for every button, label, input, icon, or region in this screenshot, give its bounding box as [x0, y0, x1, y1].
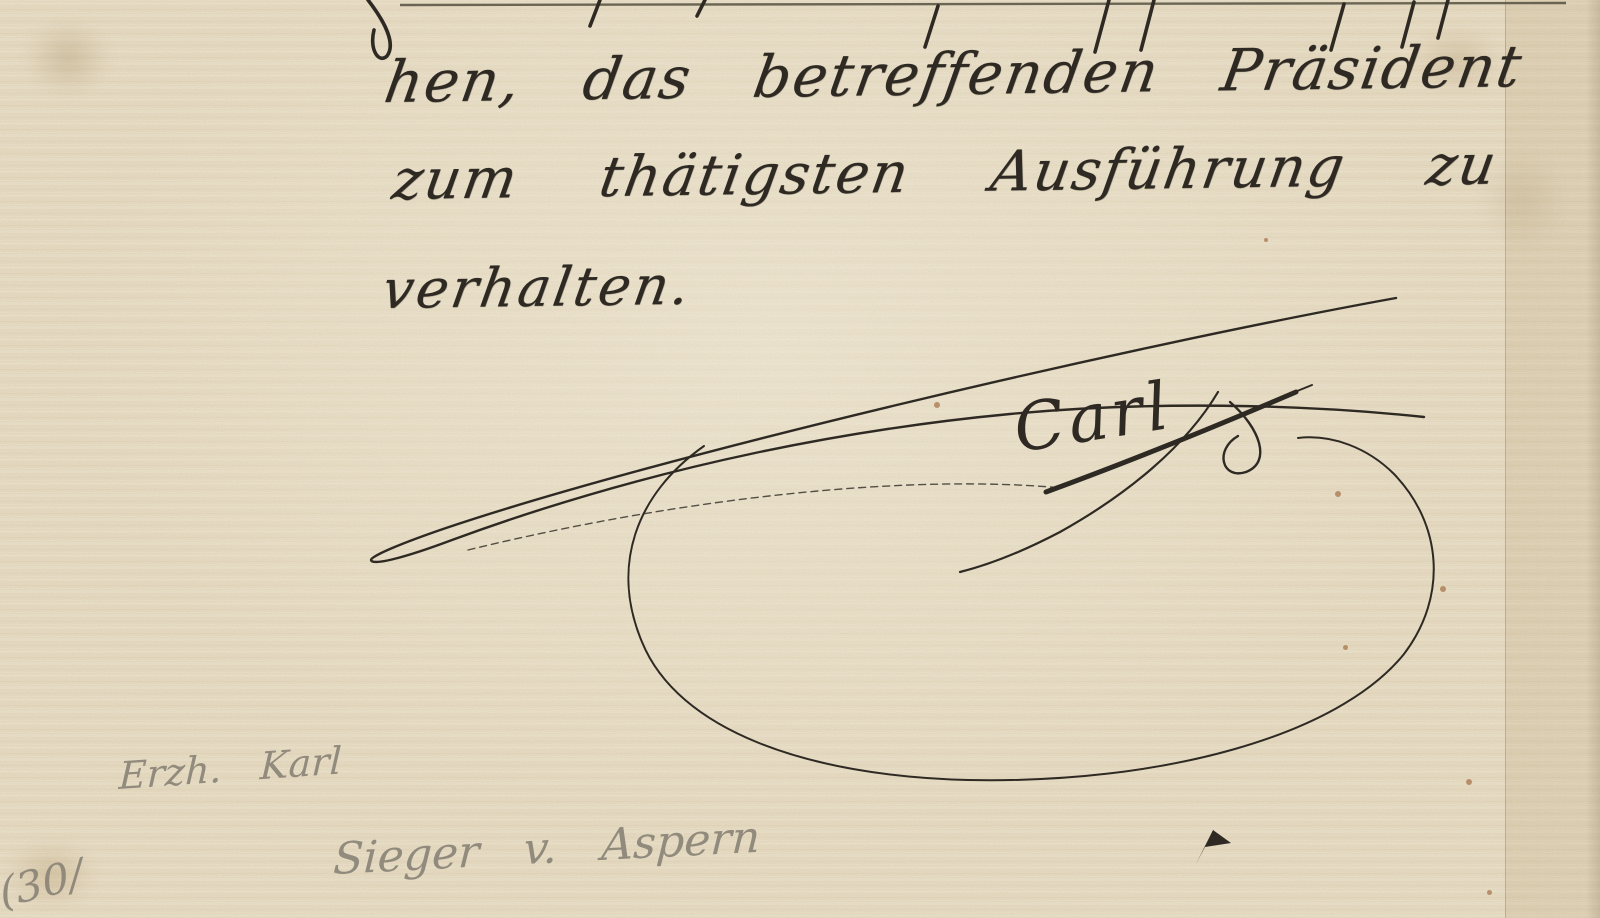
pencil-note-attribution: Erzh. Karl: [118, 739, 343, 798]
foxing-speck: [1466, 779, 1472, 785]
pencil-note-number: (30/: [0, 849, 87, 917]
foxing-speck: [1343, 645, 1348, 650]
page-right-edge: [1586, 0, 1600, 918]
pencil-note-subject: Sieger v. Aspern: [332, 812, 761, 885]
handwritten-line-3: verhalten.: [378, 254, 697, 321]
handwritten-line-1: hen, das betreffenden Präsident: [380, 32, 1528, 116]
ink-mark: [1196, 830, 1231, 864]
foxing-speck: [1440, 586, 1446, 592]
foxing-speck: [1335, 491, 1341, 497]
handwritten-line-2: zum thätigsten Ausführung zu: [388, 133, 1502, 213]
foxing-speck: [934, 402, 940, 408]
signature-name: Carl: [1008, 367, 1177, 468]
manuscript-page: hen, das betreffenden Präsident zum thät…: [0, 0, 1600, 918]
foxing-speck: [1487, 890, 1492, 895]
stain: [8, 6, 128, 110]
foxing-speck: [1264, 238, 1268, 242]
